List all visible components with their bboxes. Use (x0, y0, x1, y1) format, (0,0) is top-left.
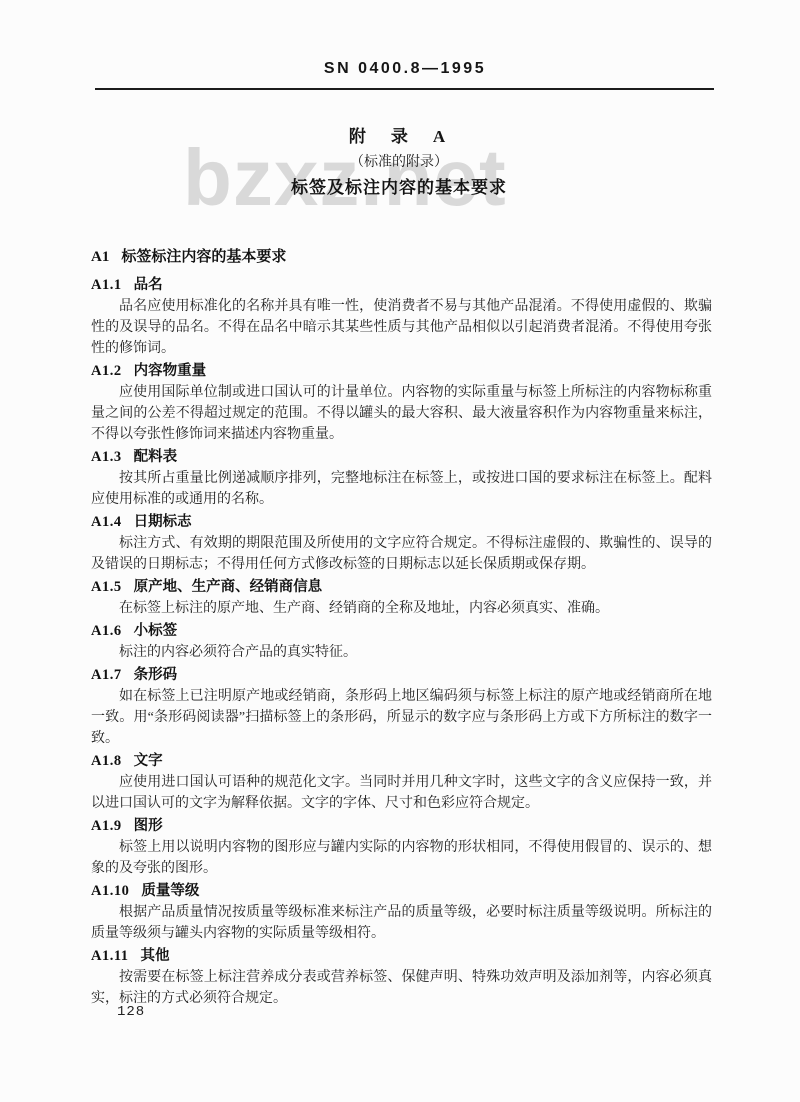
section-number: A1.1 (91, 277, 122, 293)
section-heading: A1.7条形码 (91, 665, 712, 686)
section-number: A1.9 (91, 818, 122, 834)
section-title: 文字 (134, 753, 163, 769)
section-heading: A1.1品名 (91, 275, 712, 296)
section-paragraph: 应使用进口国认可语种的规范化文字。当同时并用几种文字时，这些文字的含义应保持一致… (91, 772, 712, 814)
appendix-label: 附 录 A (0, 124, 798, 150)
section-title: 原产地、生产商、经销商信息 (134, 579, 323, 595)
section-heading: A1.2内容物重量 (91, 361, 712, 382)
chapter-heading: A1标签标注内容的基本要求 (91, 247, 712, 268)
document-body: A1标签标注内容的基本要求 A1.1品名 品名应使用标准化的名称并具有唯一性，使… (91, 247, 712, 1009)
standard-number: SN 0400.8—1995 (0, 60, 800, 78)
section-heading: A1.6小标签 (91, 621, 712, 642)
section-heading: A1.5原产地、生产商、经销商信息 (91, 577, 712, 598)
section-title: 小标签 (134, 623, 178, 639)
section-number: A1.4 (91, 514, 122, 530)
section-title: 条形码 (134, 667, 178, 683)
section-heading: A1.8文字 (91, 751, 712, 772)
section-number: A1.11 (91, 948, 129, 964)
section-number: A1.2 (91, 363, 122, 379)
section-paragraph: 如在标签上已注明原产地或经销商，条形码上地区编码须与标签上标注的原产地或经销商所… (91, 686, 712, 749)
section-title: 图形 (134, 818, 163, 834)
section-number: A1.5 (91, 579, 122, 595)
scanned-standard-page: SN 0400.8—1995 bzxz.net 附 录 A （标准的附录） 标签… (0, 0, 800, 1102)
section-number: A1.8 (91, 753, 122, 769)
appendix-note: （标准的附录） (0, 150, 798, 175)
section-paragraph: 根据产品质量情况按质量等级标准来标注产品的质量等级，必要时标注质量等级说明。所标… (91, 902, 712, 944)
section-title: 日期标志 (134, 514, 192, 530)
section-heading: A1.10质量等级 (91, 881, 712, 902)
appendix-title: 标签及标注内容的基本要求 (0, 175, 798, 201)
section-paragraph: 按需要在标签上标注营养成分表或营养标签、保健声明、特殊功效声明及添加剂等，内容必… (91, 967, 712, 1009)
section-paragraph: 应使用国际单位制或进口国认可的计量单位。内容物的实际重量与标签上所标注的内容物标… (91, 382, 712, 445)
section-paragraph: 品名应使用标准化的名称并具有唯一性，使消费者不易与其他产品混淆。不得使用虚假的、… (91, 296, 712, 359)
section-number: A1.7 (91, 667, 122, 683)
section-number: A1.10 (91, 883, 129, 899)
section-paragraph: 在标签上标注的原产地、生产商、经销商的全称及地址，内容必须真实、准确。 (91, 598, 712, 619)
chapter-title: 标签标注内容的基本要求 (121, 249, 286, 265)
header-rule (95, 88, 714, 90)
appendix-title-block: 附 录 A （标准的附录） 标签及标注内容的基本要求 (0, 124, 798, 201)
section-heading: A1.9图形 (91, 816, 712, 837)
section-heading: A1.11其他 (91, 946, 712, 967)
page-number: 128 (117, 1004, 145, 1020)
section-paragraph: 标注方式、有效期的期限范围及所使用的文字应符合规定。不得标注虚假的、欺骗性的、误… (91, 533, 712, 575)
section-heading: A1.4日期标志 (91, 512, 712, 533)
section-number: A1.6 (91, 623, 122, 639)
section-title: 配料表 (134, 449, 178, 465)
section-heading: A1.3配料表 (91, 447, 712, 468)
chapter-number: A1 (91, 249, 109, 265)
section-paragraph: 标签上用以说明内容物的图形应与罐内实际的内容物的形状相同，不得使用假冒的、误示的… (91, 837, 712, 879)
section-title: 品名 (134, 277, 163, 293)
section-title: 其他 (141, 948, 170, 964)
section-title: 质量等级 (141, 883, 199, 899)
section-title: 内容物重量 (134, 363, 207, 379)
section-number: A1.3 (91, 449, 122, 465)
section-paragraph: 按其所占重量比例递减顺序排列，完整地标注在标签上，或按进口国的要求标注在标签上。… (91, 468, 712, 510)
section-paragraph: 标注的内容必须符合产品的真实特征。 (91, 642, 712, 663)
